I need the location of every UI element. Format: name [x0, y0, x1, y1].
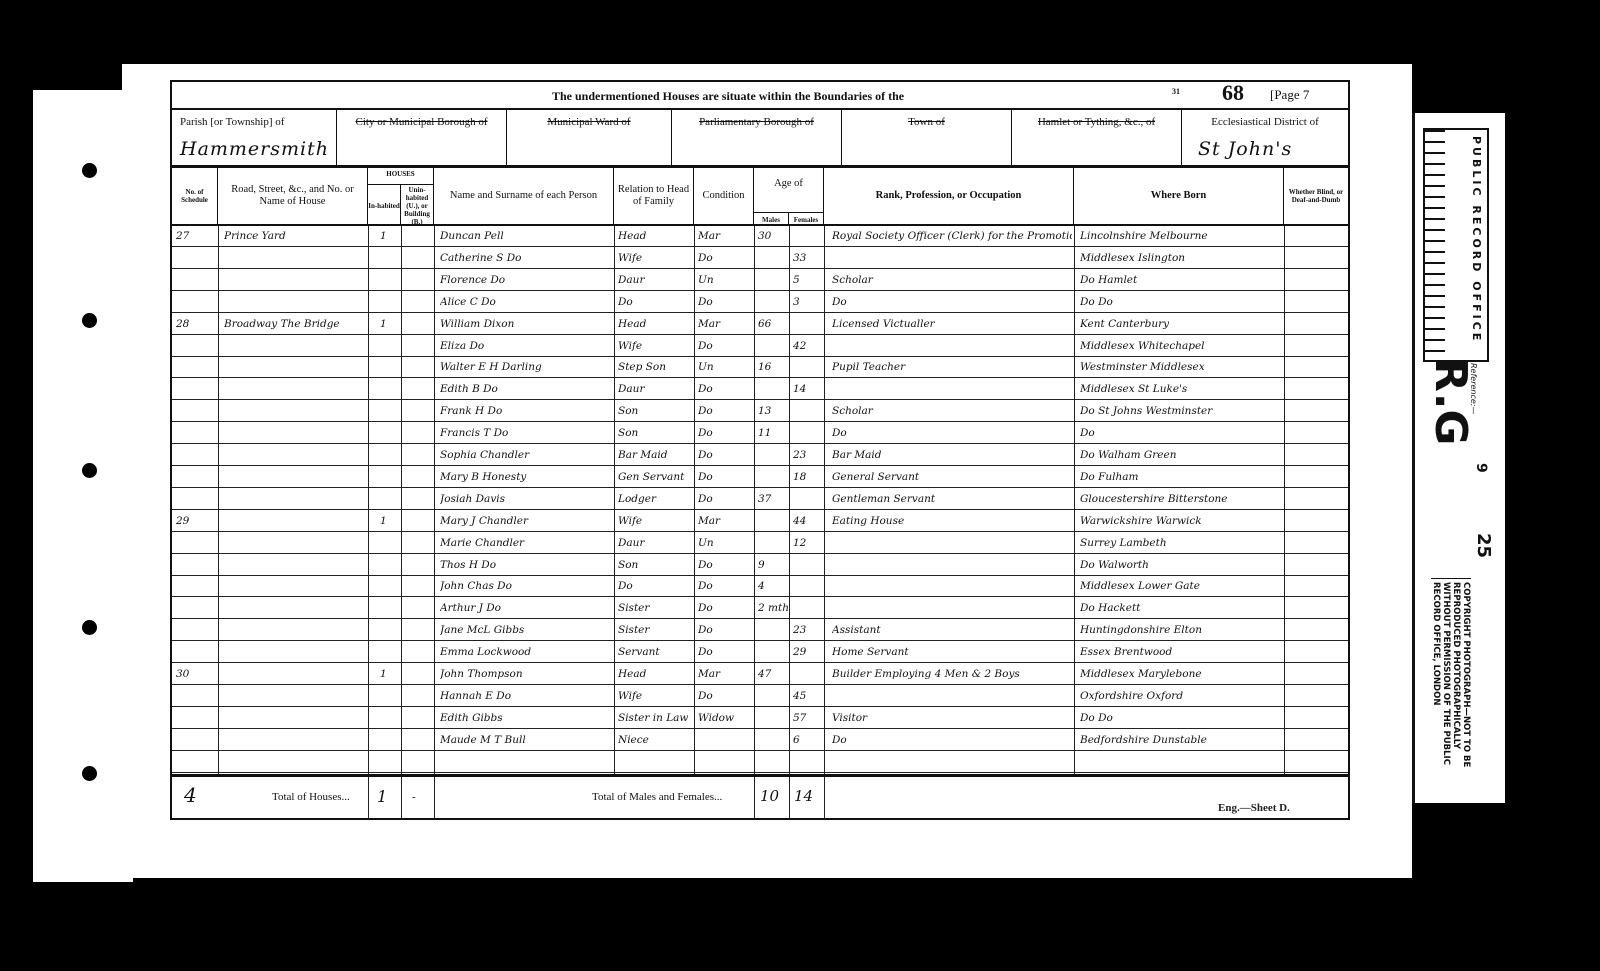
cell-female [793, 489, 823, 510]
cell-relation: Daur [618, 533, 692, 554]
cell-condition: Mar [698, 314, 752, 335]
cell-occupation [832, 336, 1072, 357]
cell-born: Surrey Lambeth [1080, 533, 1282, 554]
cell-born: Huntingdonshire Elton [1080, 620, 1282, 641]
cell-schedule: 30 [176, 664, 214, 685]
header-schedule: No. of Schedule [172, 168, 218, 224]
cell-occupation [832, 555, 1072, 576]
cell-male: 4 [758, 576, 788, 597]
punch-hole [82, 766, 97, 781]
cell-schedule [176, 708, 214, 729]
cell-female [793, 314, 823, 335]
punch-hole [82, 163, 97, 178]
cell-female: 29 [793, 642, 823, 663]
cell-inhabited [380, 620, 398, 641]
header-uninhabited: Unin-habited (U.), or Building (B.) [401, 184, 434, 226]
cell-schedule [176, 467, 214, 488]
cell-inhabited [380, 576, 398, 597]
cell-schedule [176, 357, 214, 378]
cell-male: 66 [758, 314, 788, 335]
cell-inhabited [380, 379, 398, 400]
cell-male: 30 [758, 226, 788, 247]
cell-female: 3 [793, 292, 823, 313]
cell-occupation: Scholar [832, 401, 1072, 422]
cell-road [224, 708, 364, 729]
district-borough: City or Municipal Borough of [337, 110, 507, 165]
cell-condition: Widow [698, 708, 752, 729]
cell-road [224, 511, 364, 532]
cell-inhabited [380, 423, 398, 444]
cell-male: 11 [758, 423, 788, 444]
cell-born [1080, 752, 1282, 773]
census-row: Emma LockwoodServantDo29Home ServantEsse… [172, 642, 1348, 663]
cell-female: 44 [793, 511, 823, 532]
district-hamlet: Hamlet or Tything, &c., of [1012, 110, 1182, 165]
cell-name: Jane McL Gibbs [440, 620, 612, 641]
cell-schedule [176, 533, 214, 554]
header-females: Females [789, 212, 824, 226]
cell-inhabited [380, 336, 398, 357]
cell-male: 2 mths [758, 598, 788, 619]
cell-relation: Son [618, 423, 692, 444]
cell-relation: Daur [618, 379, 692, 400]
totals-row: 4 Total of Houses... 1 - Total of Males … [172, 774, 1348, 818]
punch-hole [82, 620, 97, 635]
census-row: Frank H DoSonDo13ScholarDo St Johns West… [172, 401, 1348, 422]
cell-born: Bedfordshire Dunstable [1080, 730, 1282, 751]
cell-road: Prince Yard [224, 226, 364, 247]
cell-occupation: Do [832, 730, 1072, 751]
cell-condition: Do [698, 467, 752, 488]
cell-schedule [176, 248, 214, 269]
census-row: 28Broadway The Bridge1William DixonHeadM… [172, 314, 1348, 335]
cell-condition: Do [698, 555, 752, 576]
header-road: Road, Street, &c., and No. or Name of Ho… [218, 168, 368, 224]
district-parliamentary: Parliamentary Borough of [672, 110, 842, 165]
cell-relation: Wife [618, 686, 692, 707]
cell-male [758, 336, 788, 357]
cell-female [793, 357, 823, 378]
sheet-footer: Eng.—Sheet D. [1218, 802, 1290, 814]
cell-born: Do Do [1080, 708, 1282, 729]
cell-road [224, 598, 364, 619]
total-persons-label: Total of Males and Females... [592, 791, 722, 803]
cell-born: Middlesex Lower Gate [1080, 576, 1282, 597]
cell-male [758, 248, 788, 269]
header-males: Males [754, 212, 789, 226]
cell-road [224, 664, 364, 685]
cell-occupation: Visitor [832, 708, 1072, 729]
cell-occupation: Licensed Victualler [832, 314, 1072, 335]
cell-relation: Sister [618, 620, 692, 641]
district-parish: Parish [or Township] of Hammersmith [172, 110, 337, 165]
cell-male [758, 730, 788, 751]
cell-female [793, 752, 823, 773]
cell-relation: Do [618, 576, 692, 597]
cell-name: Sophia Chandler [440, 445, 612, 466]
census-row: John Chas DoDoDo4Middlesex Lower Gate [172, 576, 1348, 597]
cell-schedule: 27 [176, 226, 214, 247]
cell-occupation: Do [832, 423, 1072, 444]
stamp-mark: 31 [1172, 87, 1180, 96]
cell-born: Middlesex Whitechapel [1080, 336, 1282, 357]
cell-inhabited [380, 533, 398, 554]
cell-born: Middlesex Islington [1080, 248, 1282, 269]
cell-relation: Daur [618, 270, 692, 291]
cell-schedule [176, 292, 214, 313]
header-name: Name and Surname of each Person [434, 168, 614, 224]
cell-condition: Un [698, 357, 752, 378]
cell-condition: Do [698, 445, 752, 466]
census-row: Edith GibbsSister in LawWidow57VisitorDo… [172, 708, 1348, 729]
cell-road [224, 642, 364, 663]
cell-relation: Son [618, 401, 692, 422]
cell-female: 18 [793, 467, 823, 488]
census-row: Thos H DoSonDo9Do Walworth [172, 555, 1348, 576]
cell-inhabited [380, 730, 398, 751]
cell-condition: Mar [698, 226, 752, 247]
census-row: 301John ThompsonHeadMar47Builder Employi… [172, 664, 1348, 685]
header-where-born: Where Born [1074, 168, 1284, 224]
cell-name: Alice C Do [440, 292, 612, 313]
cell-name: Mary B Honesty [440, 467, 612, 488]
cell-male [758, 292, 788, 313]
cell-female: 42 [793, 336, 823, 357]
cell-occupation: Do [832, 292, 1072, 313]
cell-male: 37 [758, 489, 788, 510]
cell-female: 6 [793, 730, 823, 751]
cell-condition: Do [698, 336, 752, 357]
cell-name: Thos H Do [440, 555, 612, 576]
cell-relation: Son [618, 555, 692, 576]
cell-condition: Do [698, 401, 752, 422]
total-females: 14 [794, 787, 813, 805]
cell-relation: Niece [618, 730, 692, 751]
header-inhabited: In-habited [368, 184, 401, 226]
total-houses-label: Total of Houses... [272, 791, 350, 803]
cell-inhabited [380, 401, 398, 422]
cell-occupation [832, 576, 1072, 597]
reference-card: PUBLIC RECORD OFFICE R.G Reference:— 9 2… [1412, 113, 1505, 803]
copyright-notice: COPYRIGHT PHOTOGRAPH—NOT TO BE REPRODUCE… [1431, 578, 1471, 792]
cell-inhabited [380, 686, 398, 707]
cell-road [224, 576, 364, 597]
cell-name: Mary J Chandler [440, 511, 612, 532]
cell-relation: Gen Servant [618, 467, 692, 488]
cell-schedule [176, 620, 214, 641]
census-row: 291Mary J ChandlerWifeMar44Eating HouseW… [172, 511, 1348, 532]
cell-female [793, 423, 823, 444]
census-row: 27Prince Yard1Duncan PellHeadMar30Royal … [172, 226, 1348, 247]
cell-road [224, 752, 364, 773]
cell-road [224, 489, 364, 510]
cell-name: John Chas Do [440, 576, 612, 597]
cell-occupation: Home Servant [832, 642, 1072, 663]
cell-occupation [832, 379, 1072, 400]
cell-occupation [832, 686, 1072, 707]
cell-relation: Head [618, 226, 692, 247]
cell-name: Marie Chandler [440, 533, 612, 554]
cell-relation: Wife [618, 511, 692, 532]
cell-born: Kent Canterbury [1080, 314, 1282, 335]
census-row: Josiah DavisLodgerDo37Gentleman ServantG… [172, 489, 1348, 510]
cell-road [224, 555, 364, 576]
cell-schedule [176, 445, 214, 466]
cell-name: Francis T Do [440, 423, 612, 444]
cell-relation [618, 752, 692, 773]
folio-number: 68 [1222, 80, 1244, 106]
cell-born: Warwickshire Warwick [1080, 511, 1282, 532]
scale-ruler: PUBLIC RECORD OFFICE [1423, 128, 1489, 362]
census-row [172, 752, 1348, 773]
cell-inhabited [380, 270, 398, 291]
cell-relation: Lodger [618, 489, 692, 510]
page-number: [Page 7 [1270, 87, 1309, 103]
cell-relation: Servant [618, 642, 692, 663]
cell-occupation: Eating House [832, 511, 1072, 532]
cell-inhabited: 1 [380, 226, 398, 247]
cell-born: Do [1080, 423, 1282, 444]
cell-inhabited [380, 752, 398, 773]
census-form: The undermentioned Houses are situate wi… [170, 80, 1350, 820]
cell-female: 23 [793, 445, 823, 466]
cell-condition: Un [698, 270, 752, 291]
cell-female: 45 [793, 686, 823, 707]
census-row: Eliza DoWifeDo42Middlesex Whitechapel [172, 336, 1348, 357]
cell-schedule: 28 [176, 314, 214, 335]
cell-inhabited [380, 467, 398, 488]
census-row: Catherine S DoWifeDo33Middlesex Islingto… [172, 248, 1348, 269]
cell-relation: Bar Maid [618, 445, 692, 466]
cell-inhabited [380, 357, 398, 378]
cell-condition [698, 730, 752, 751]
cell-road [224, 379, 364, 400]
cell-road [224, 423, 364, 444]
district-boxes: Parish [or Township] of Hammersmith City… [172, 110, 1348, 168]
cell-male [758, 445, 788, 466]
cell-condition: Do [698, 620, 752, 641]
cell-inhabited [380, 642, 398, 663]
header-condition: Condition [694, 168, 754, 224]
cell-inhabited [380, 598, 398, 619]
cell-inhabited [380, 708, 398, 729]
cell-born: Middlesex Marylebone [1080, 664, 1282, 685]
cell-occupation [832, 533, 1072, 554]
cell-born: Do Do [1080, 292, 1282, 313]
cell-road [224, 467, 364, 488]
cell-name: Walter E H Darling [440, 357, 612, 378]
cell-male: 47 [758, 664, 788, 685]
cell-male [758, 379, 788, 400]
cell-name: Edith B Do [440, 379, 612, 400]
cell-male [758, 708, 788, 729]
cell-road [224, 357, 364, 378]
cell-male [758, 270, 788, 291]
cell-name: William Dixon [440, 314, 612, 335]
cell-name: Maude M T Bull [440, 730, 612, 751]
cell-road [224, 620, 364, 641]
cell-male [758, 533, 788, 554]
census-rows: 27Prince Yard1Duncan PellHeadMar30Royal … [172, 226, 1348, 774]
cell-name: Eliza Do [440, 336, 612, 357]
cell-relation: Head [618, 664, 692, 685]
cell-road [224, 248, 364, 269]
cell-schedule [176, 401, 214, 422]
cell-schedule [176, 752, 214, 773]
cell-condition: Mar [698, 511, 752, 532]
cell-schedule [176, 642, 214, 663]
cell-name: Catherine S Do [440, 248, 612, 269]
cell-schedule [176, 576, 214, 597]
cell-name: Edith Gibbs [440, 708, 612, 729]
cell-schedule: 29 [176, 511, 214, 532]
header-relation: Relation to Head of Family [614, 168, 694, 224]
cell-schedule [176, 379, 214, 400]
census-row: Mary B HonestyGen ServantDo18General Ser… [172, 467, 1348, 488]
binder-strip [33, 90, 133, 882]
cell-condition: Do [698, 248, 752, 269]
cell-schedule [176, 730, 214, 751]
census-row: Jane McL GibbsSisterDo23AssistantHunting… [172, 620, 1348, 641]
cell-schedule [176, 489, 214, 510]
cell-female: 23 [793, 620, 823, 641]
census-row: Edith B DoDaurDo14Middlesex St Luke's [172, 379, 1348, 400]
punch-hole [82, 313, 97, 328]
cell-name: Emma Lockwood [440, 642, 612, 663]
cell-born: Gloucestershire Bitterstone [1080, 489, 1282, 510]
cell-occupation: Scholar [832, 270, 1072, 291]
cell-male [758, 620, 788, 641]
cell-born: Do Walworth [1080, 555, 1282, 576]
cell-female [793, 598, 823, 619]
cell-born: Westminster Middlesex [1080, 357, 1282, 378]
column-headers: No. of Schedule Road, Street, &c., and N… [172, 168, 1348, 226]
cell-name: Hannah E Do [440, 686, 612, 707]
cell-schedule [176, 686, 214, 707]
cell-road [224, 336, 364, 357]
cell-schedule [176, 555, 214, 576]
cell-occupation: Builder Employing 4 Men & 2 Boys [832, 664, 1072, 685]
cell-inhabited [380, 489, 398, 510]
cell-occupation: Assistant [832, 620, 1072, 641]
header-occupation: Rank, Profession, or Occupation [824, 168, 1074, 224]
cell-schedule [176, 423, 214, 444]
cell-name: John Thompson [440, 664, 612, 685]
cell-occupation [832, 752, 1072, 773]
cell-condition: Do [698, 292, 752, 313]
cell-condition: Do [698, 686, 752, 707]
cell-inhabited [380, 248, 398, 269]
cell-condition: Mar [698, 664, 752, 685]
cell-born: Do Hackett [1080, 598, 1282, 619]
record-office-label: PUBLIC RECORD OFFICE [1470, 136, 1483, 343]
cell-relation: Head [618, 314, 692, 335]
census-row: Maude M T BullNiece6DoBedfordshire Dunst… [172, 730, 1348, 751]
cell-road: Broadway The Bridge [224, 314, 364, 335]
cell-inhabited: 1 [380, 511, 398, 532]
cell-born: Middlesex St Luke's [1080, 379, 1282, 400]
cell-road [224, 270, 364, 291]
cell-female: 12 [793, 533, 823, 554]
cell-condition: Un [698, 533, 752, 554]
cell-male: 13 [758, 401, 788, 422]
cell-female [793, 401, 823, 422]
cell-male [758, 752, 788, 773]
cell-born: Do Fulham [1080, 467, 1282, 488]
cell-road [224, 533, 364, 554]
cell-condition: Do [698, 598, 752, 619]
cell-condition: Do [698, 423, 752, 444]
cell-inhabited [380, 445, 398, 466]
cell-relation: Sister [618, 598, 692, 619]
form-heading-bar: The undermentioned Houses are situate wi… [172, 82, 1348, 110]
cell-condition: Do [698, 489, 752, 510]
census-row: Sophia ChandlerBar MaidDo23Bar MaidDo Wa… [172, 445, 1348, 466]
total-schedules: 4 [184, 783, 197, 807]
district-ecclesiastical-value: St John's [1198, 138, 1292, 160]
cell-name: Duncan Pell [440, 226, 612, 247]
cell-condition: Do [698, 379, 752, 400]
cell-road [224, 730, 364, 751]
cell-occupation: Bar Maid [832, 445, 1072, 466]
cell-occupation: General Servant [832, 467, 1072, 488]
cell-relation: Sister in Law [618, 708, 692, 729]
cell-relation: Wife [618, 336, 692, 357]
census-row: Walter E H DarlingStep SonUn16Pupil Teac… [172, 357, 1348, 378]
cell-occupation [832, 248, 1072, 269]
cell-female [793, 664, 823, 685]
cell-name: Josiah Davis [440, 489, 612, 510]
cell-female: 57 [793, 708, 823, 729]
cell-road [224, 292, 364, 313]
header-blind: Whether Blind, or Deaf-and-Dumb [1284, 168, 1348, 224]
cell-condition: Do [698, 576, 752, 597]
cell-schedule [176, 336, 214, 357]
cell-road [224, 445, 364, 466]
cell-condition [698, 752, 752, 773]
cell-female [793, 576, 823, 597]
census-row: Marie ChandlerDaurUn12Surrey Lambeth [172, 533, 1348, 554]
census-row: Hannah E DoWifeDo45Oxfordshire Oxford [172, 686, 1348, 707]
cell-born: Do St Johns Westminster [1080, 401, 1282, 422]
cell-born: Lincolnshire Melbourne [1080, 226, 1282, 247]
cell-condition: Do [698, 642, 752, 663]
cell-male [758, 467, 788, 488]
cell-name: Arthur J Do [440, 598, 612, 619]
cell-name [440, 752, 612, 773]
cell-inhabited: 1 [380, 664, 398, 685]
cell-occupation [832, 598, 1072, 619]
cell-occupation: Pupil Teacher [832, 357, 1072, 378]
cell-born: Do Hamlet [1080, 270, 1282, 291]
cell-relation: Do [618, 292, 692, 313]
cell-schedule [176, 270, 214, 291]
cell-female: 14 [793, 379, 823, 400]
cell-female [793, 226, 823, 247]
cell-female: 33 [793, 248, 823, 269]
district-ecclesiastical: Ecclesiastical District of St John's [1182, 110, 1348, 165]
cell-male: 16 [758, 357, 788, 378]
reference-label: Reference:— [1469, 363, 1478, 415]
cell-female: 5 [793, 270, 823, 291]
form-heading: The undermentioned Houses are situate wi… [552, 89, 904, 104]
reference-folio: 25 [1473, 533, 1494, 558]
district-town: Town of [842, 110, 1012, 165]
census-row: Francis T DoSonDo11DoDo [172, 423, 1348, 444]
cell-name: Florence Do [440, 270, 612, 291]
cell-relation: Step Son [618, 357, 692, 378]
punch-hole [82, 463, 97, 478]
